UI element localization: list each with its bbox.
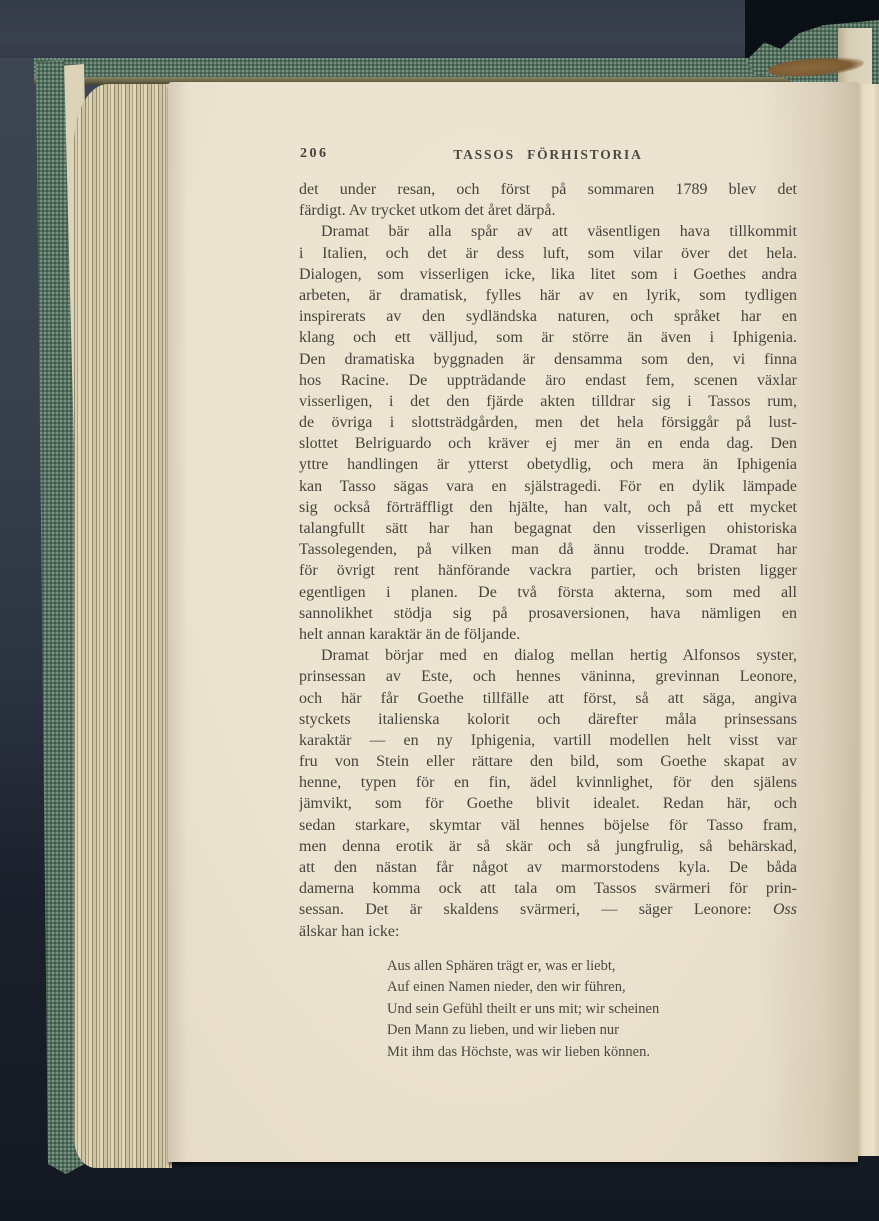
italic-text: Oss <box>773 901 797 918</box>
text-line: att den nästan får något av marmorstoden… <box>299 857 797 878</box>
text-line: karaktär — en ny Iphigenia, vartill mode… <box>299 730 797 751</box>
text-line: sessan. Det är skaldens svärmeri, — säge… <box>299 899 797 920</box>
text-line: de övriga i slottsträdgården, men det he… <box>299 412 797 433</box>
text-line: henne, typen för en fin, ädel kvinnlighe… <box>299 772 797 793</box>
text-line: det under resan, och först på sommaren 1… <box>299 179 797 200</box>
text-line: men denna erotik är så skär och så jungf… <box>299 836 797 857</box>
text-line: Tassolegenden, på vilken man då ännu tro… <box>299 539 797 560</box>
poem-line: Aus allen Sphären trägt er, was er liebt… <box>387 956 659 977</box>
text-line: älskar han icke: <box>299 921 797 942</box>
text-line: kan Tasso sägas vara en själstragedi. Fö… <box>299 476 797 497</box>
poem-line: Mit ihm das Höchste, was wir lieben könn… <box>387 1042 659 1063</box>
text-line: för övrigt rent hänförande vackra partie… <box>299 560 797 581</box>
text-line: Dramat börjar med en dialog mellan herti… <box>299 645 797 666</box>
text-line: sig också förträffligt den hjälte, han v… <box>299 497 797 518</box>
text-line: jämvikt, som för Goethe blivit idealet. … <box>299 793 797 814</box>
scanned-book-photo: 206 TASSOS FÖRHISTORIA det under resan, … <box>0 0 879 1221</box>
poem-quote: Aus allen Sphären trägt er, was er liebt… <box>387 956 659 1063</box>
text-line: Den dramatiska byggnaden är densamma som… <box>299 349 797 370</box>
running-title: TASSOS FÖRHISTORIA <box>299 147 797 163</box>
text-line: Dialogen, som visserligen icke, lika lit… <box>299 264 797 285</box>
text-line: färdigt. Av trycket utkom det året därpå… <box>299 200 797 221</box>
text-line: i Italien, och det är dess luft, som vil… <box>299 243 797 264</box>
body-text: det under resan, och först på sommaren 1… <box>299 179 797 942</box>
text-line: talangfullt sätt har han begagnat den vi… <box>299 518 797 539</box>
text-line: och här får Goethe tillfälle att först, … <box>299 688 797 709</box>
text-line: fru von Stein eller rättare den bild, so… <box>299 751 797 772</box>
text-line: klang och ett välljud, som är större än … <box>299 327 797 348</box>
text-line: sedan starkare, skymtar väl hennes böjel… <box>299 815 797 836</box>
background-shadow-slab <box>0 0 748 58</box>
next-page-edge <box>858 84 879 1156</box>
text-line: sannolikhet stödja sig på prosaversionen… <box>299 603 797 624</box>
text-line: inspirerats av den sydländska naturen, o… <box>299 306 797 327</box>
text-line: arbeten, är dramatisk, fylles här av en … <box>299 285 797 306</box>
poem-line: Auf einen Namen nieder, den wir führen, <box>387 977 659 998</box>
text-segment: sessan. Det är skaldens svärmeri, — säge… <box>299 901 773 918</box>
page-stack-fore-edge <box>74 84 172 1168</box>
text-line: visserligen, i det den fjärde akten till… <box>299 391 797 412</box>
text-line: helt annan karaktär än de följande. <box>299 624 797 645</box>
text-line: slottet Belriguardo och kräver ej mer än… <box>299 433 797 454</box>
text-line: egentligen i planen. De två första akter… <box>299 582 797 603</box>
text-line: styckets italienska kolorit och därefter… <box>299 709 797 730</box>
text-line: hos Racine. De uppträdande äro endast fe… <box>299 370 797 391</box>
text-line: Dramat bär alla spår av att väsentligen … <box>299 221 797 242</box>
text-line: yttre handlingen är ytterst obetydlig, o… <box>299 454 797 475</box>
text-line: prinsessan av Este, och hennes väninna, … <box>299 666 797 687</box>
poem-line: Und sein Gefühl theilt er uns mit; wir s… <box>387 999 659 1020</box>
text-line: damerna komma ock att tala om Tassos svä… <box>299 878 797 899</box>
poem-line: Den Mann zu lieben, und wir lieben nur <box>387 1020 659 1041</box>
